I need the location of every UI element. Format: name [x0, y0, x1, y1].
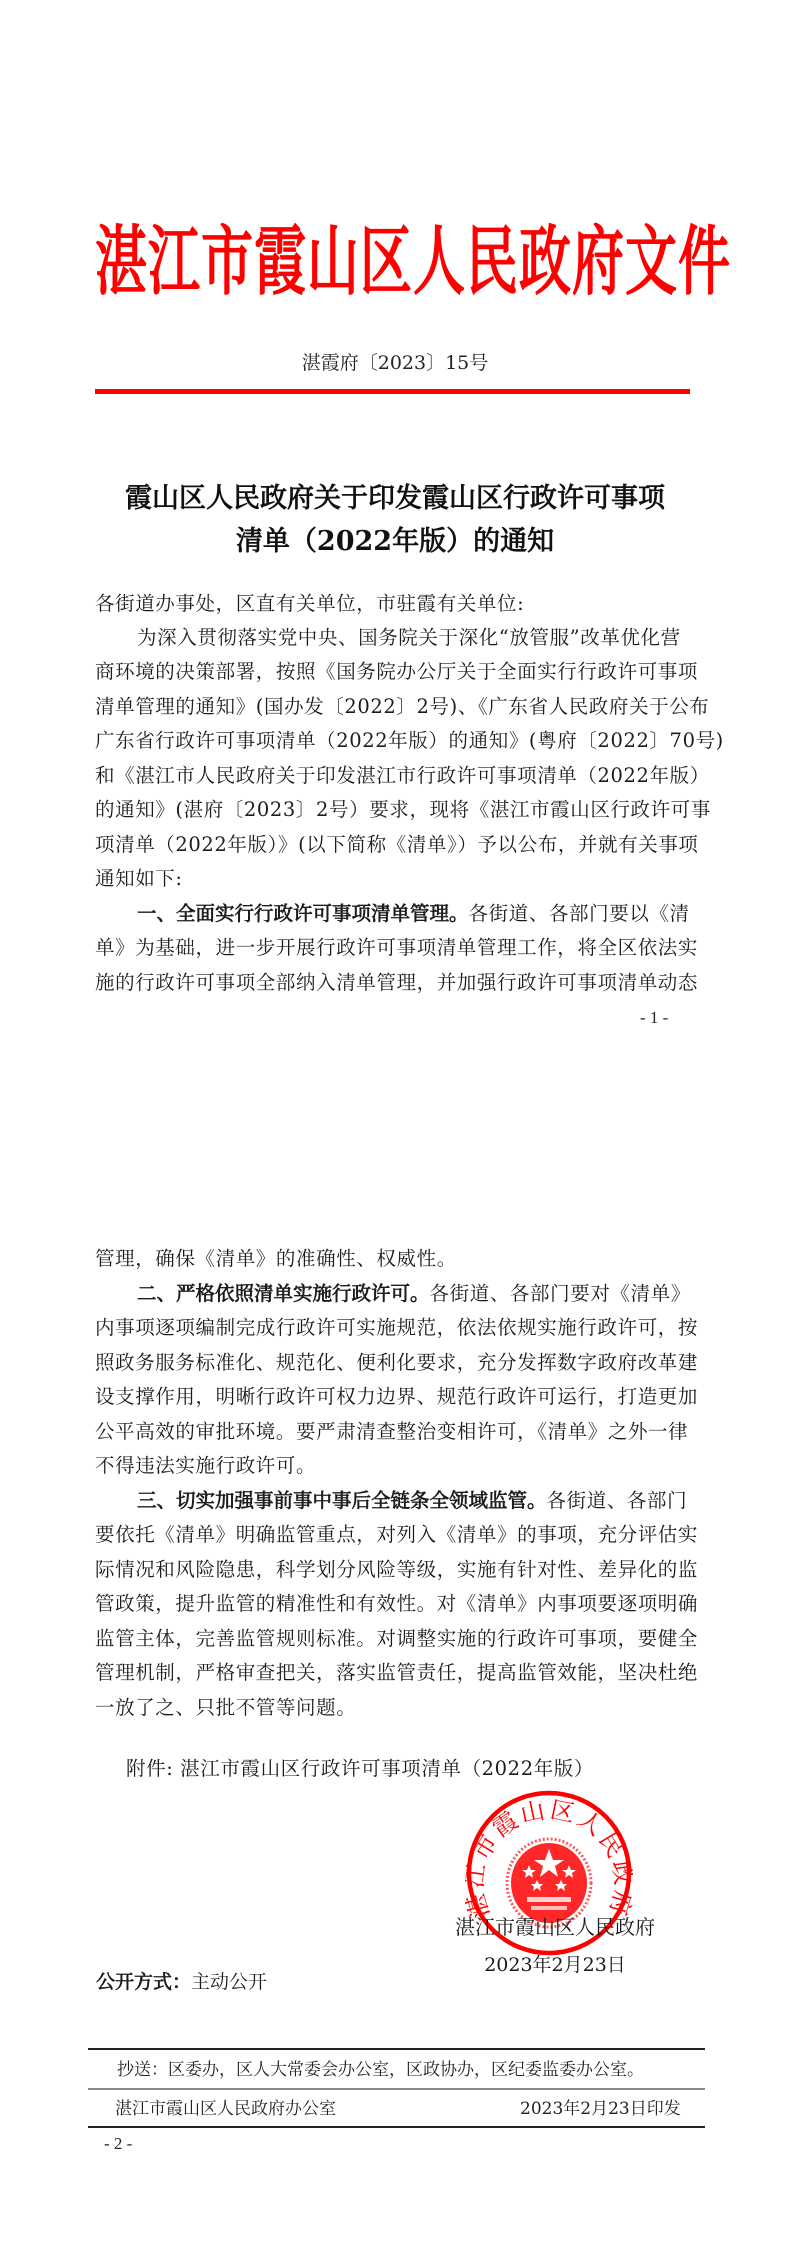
paragraph-line: 要依托《清单》明确监管重点，对列入《清单》的事项，充分评估实 — [95, 1518, 705, 1553]
paragraph-line: 通知如下: — [95, 862, 705, 897]
paragraph-line: 广东省行政许可事项清单（2022年版）的通知》(粤府〔2022〕70号) — [95, 724, 705, 759]
paragraph-line: 项清单（2022年版）》(以下简称《清单》）予以公布，并就有关事项 — [95, 828, 705, 863]
section-2-text: 各街道、各部门要对《清单》 — [430, 1282, 691, 1305]
paragraph-line: 一放了之、只批不管等问题。 — [95, 1691, 705, 1726]
paragraph-line: 不得违法实施行政许可。 — [95, 1449, 705, 1484]
issue-date: 2023年2月23日印发 — [520, 2096, 681, 2122]
paragraph-line: 为深入贯彻落实党中央、国务院关于深化“放管服”改革优化营 — [95, 621, 747, 656]
red-divider — [95, 389, 690, 394]
section-2-heading: 二、严格依照清单实施行政许可。 — [137, 1282, 430, 1305]
paragraph-line: 管理，确保《清单》的准确性、权威性。 — [95, 1242, 705, 1277]
paragraph-line: 监管主体，完善监管规则标准。对调整实施的行政许可事项，要健全 — [95, 1622, 705, 1657]
paragraph-line: 管理机制，严格审查把关，落实监管责任，提高监管效能，坚决杜绝 — [95, 1656, 705, 1691]
cc-line: 抄送：区委办，区人大常委会办公室，区政协办，区纪委监委办公室。 — [117, 2057, 644, 2083]
paragraph-line: 单》为基础，进一步开展行政许可事项清单管理工作，将全区依法实 — [95, 931, 705, 966]
signature-organization: 湛江市霞山区人民政府 — [440, 1912, 670, 1942]
paragraph-line: 的通知》(湛府〔2023〕2号）要求，现将《湛江市霞山区行政许可事 — [95, 793, 705, 828]
disclosure-label: 公开方式： — [96, 1971, 191, 1993]
section-3-text: 各街道、各部门 — [547, 1489, 688, 1512]
disclosure-value: 主动公开 — [191, 1971, 267, 1993]
attachment-line: 附件: 湛江市霞山区行政许可事项清单（2022年版） — [126, 1752, 736, 1787]
paragraph-line: 和《湛江市人民政府关于印发湛江市行政许可事项清单（2022年版） — [95, 759, 705, 794]
section-1-first-line: 一、全面实行行政许可事项清单管理。各街道、各部门要以《清 — [95, 897, 747, 932]
page-number-1: - 1 - — [640, 1008, 668, 1028]
notice-title-line-1: 霞山区人民政府关于印发霞山区行政许可事项 — [95, 478, 695, 520]
signature-date: 2023年2月23日 — [440, 1950, 670, 1980]
section-1-text: 各街道、各部门要以《清 — [469, 902, 690, 925]
paragraph-line: 设支撑作用，明晰行政许可权力边界、规范行政许可运行，打造更加 — [95, 1380, 705, 1415]
paragraph-line: 清单管理的通知》(国办发〔2022〕2号)、《广东省人民政府关于公布 — [95, 690, 705, 725]
paragraph-line: 商环境的决策部署，按照《国务院办公厅关于全面实行行政许可事项 — [95, 655, 705, 690]
paragraph-line: 照政务服务标准化、规范化、便利化要求，充分发挥数字政府改革建 — [95, 1346, 705, 1381]
document-number: 湛霞府〔2023〕15号 — [95, 350, 695, 376]
disclosure-line: 公开方式：主动公开 — [96, 1967, 267, 1997]
footer-bottom-rule — [88, 2126, 705, 2128]
footer-middle-rule — [88, 2088, 705, 2090]
page-number-2: - 2 - — [104, 2134, 132, 2154]
paragraph-line: 施的行政许可事项全部纳入清单管理，并加强行政许可事项清单动态 — [95, 966, 705, 1001]
section-3-first-line: 三、切实加强事前事中事后全链条全领域监管。各街道、各部门 — [95, 1484, 747, 1519]
document-header-title: 湛江市霞山区人民政府文件 — [95, 198, 695, 329]
section-3-heading: 三、切实加强事前事中事后全链条全领域监管。 — [137, 1489, 547, 1512]
footer-top-rule — [88, 2048, 705, 2050]
issuer-office: 湛江市霞山区人民政府办公室 — [115, 2096, 336, 2122]
section-2-first-line: 二、严格依照清单实施行政许可。各街道、各部门要对《清单》 — [95, 1277, 747, 1312]
section-1-heading: 一、全面实行行政许可事项清单管理。 — [137, 902, 469, 925]
paragraph-line: 际情况和风险隐患，科学划分风险等级，实施有针对性、差异化的监 — [95, 1553, 705, 1588]
salutation: 各街道办事处，区直有关单位，市驻霞有关单位: — [95, 587, 705, 622]
notice-title-line-2: 清单（2022年版）的通知 — [95, 521, 695, 563]
paragraph-line: 内事项逐项编制完成行政许可实施规范，依法依规实施行政许可，按 — [95, 1311, 705, 1346]
paragraph-line: 公平高效的审批环境。要严肃清查整治变相许可，《清单》之外一律 — [95, 1415, 705, 1450]
paragraph-line: 管政策，提升监管的精准性和有效性。对《清单》内事项要逐项明确 — [95, 1587, 705, 1622]
